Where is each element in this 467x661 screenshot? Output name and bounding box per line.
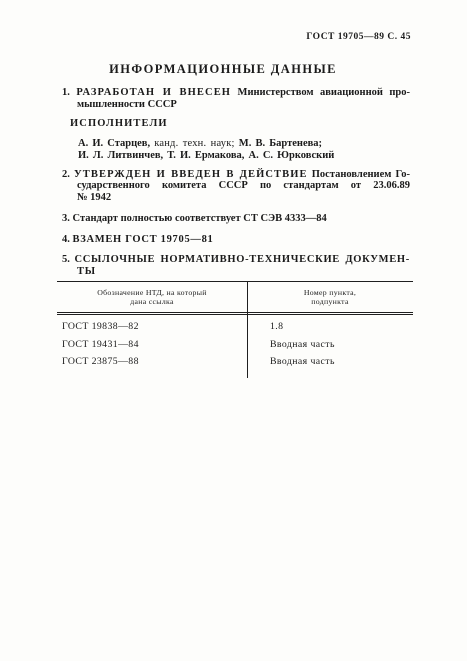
item-number: 1. [62, 87, 70, 98]
document-title: ИНФОРМАЦИОННЫЕ ДАННЫЕ [57, 62, 389, 77]
item-number: 2. [62, 169, 70, 180]
list-item-2-line-2: сударственного комитета СССР по стандарт… [62, 180, 410, 192]
list-item-1-line-1: 1. РАЗРАБОТАН И ВНЕСЕН Министерством ави… [62, 87, 410, 99]
item-text: ВЗАМЕН ГОСТ 19705—81 [73, 234, 214, 245]
list-item-1: 1. РАЗРАБОТАН И ВНЕСЕН Министерством ави… [62, 87, 410, 110]
executors-names: А. И. Старцев, канд. техн. наук; М. В. Б… [62, 138, 410, 162]
item-text: Министерством авиационной про- [238, 87, 411, 98]
list-item-1-line-2: мышленности СССР [62, 99, 410, 111]
table-header-row: Обозначение НТД, на который дана ссылка … [57, 282, 413, 312]
executor-name: М. В. Бартенева; [239, 138, 322, 149]
table-cell-standard: ГОСТ 19838—82 [57, 321, 247, 332]
numbered-list: 1. РАЗРАБОТАН И ВНЕСЕН Министерством ави… [62, 87, 410, 277]
item-text: ССЫЛОЧНЫЕ НОРМАТИВНО-ТЕХНИЧЕСКИЕ ДОКУМЕН… [74, 254, 410, 265]
item-lead-text: УТВЕРЖДЕН И ВВЕДЕН В ДЕЙСТВИЕ [74, 169, 308, 180]
item-number: 3. [62, 213, 70, 224]
item-text: Стандарт полностью соответствует СТ СЭВ … [73, 213, 327, 224]
table-cell-standard: ГОСТ 23875—88 [57, 356, 247, 367]
list-item-5: 5. ССЫЛОЧНЫЕ НОРМАТИВНО-ТЕХНИЧЕСКИЕ ДОКУ… [62, 254, 410, 277]
table-row: ГОСТ 19838—82 1.8 [57, 321, 413, 339]
executor-degree: канд. техн. наук; [154, 138, 234, 149]
list-item-5-line-1: 5. ССЫЛОЧНЫЕ НОРМАТИВНО-ТЕХНИЧЕСКИЕ ДОКУ… [62, 254, 410, 266]
list-item-3-line-1: 3. Стандарт полностью соответствует СТ С… [62, 213, 410, 225]
executors-heading: ИСПОЛНИТЕЛИ [62, 118, 410, 130]
item-number: 5. [62, 254, 70, 265]
table-header-cell-clause: Номер пункта, подпункта [247, 288, 413, 306]
table-row: ГОСТ 23875—88 Вводная часть [57, 356, 413, 374]
table-cell-clause: 1.8 [247, 321, 413, 332]
page-header-standard-number: ГОСТ 19705—89 С. 45 [306, 32, 411, 42]
references-table: Обозначение НТД, на который дана ссылка … [57, 281, 413, 378]
table-row: ГОСТ 19431—84 Вводная часть [57, 339, 413, 357]
header-line: подпункта [247, 297, 413, 306]
list-item-3: 3. Стандарт полностью соответствует СТ С… [62, 213, 410, 225]
header-line: дана ссылка [57, 297, 247, 306]
table-cell-clause: Вводная часть [247, 356, 413, 367]
list-item-2-line-3: № 1942 [62, 192, 410, 204]
executors-line-1: А. И. Старцев, канд. техн. наук; М. В. Б… [78, 138, 410, 150]
item-lead-text: РАЗРАБОТАН И ВНЕСЕН [76, 87, 231, 98]
list-item-2-line-1: 2. УТВЕРЖДЕН И ВВЕДЕН В ДЕЙСТВИЕ Постано… [62, 169, 410, 181]
column-divider-rule [247, 282, 248, 378]
list-item-4: 4. ВЗАМЕН ГОСТ 19705—81 [62, 234, 410, 246]
list-item-5-line-2: ТЫ [62, 266, 410, 278]
table-cell-standard: ГОСТ 19431—84 [57, 339, 247, 350]
table-cell-clause: Вводная часть [247, 339, 413, 350]
item-number: 4. [62, 234, 70, 245]
table-header-cell-ntd: Обозначение НТД, на который дана ссылка [57, 288, 247, 306]
item-text: Постановлением Го- [312, 169, 410, 180]
table-body: ГОСТ 19838—82 1.8 ГОСТ 19431—84 Вводная … [57, 315, 413, 374]
list-item-4-line-1: 4. ВЗАМЕН ГОСТ 19705—81 [62, 234, 410, 246]
list-item-2: 2. УТВЕРЖДЕН И ВВЕДЕН В ДЕЙСТВИЕ Постано… [62, 169, 410, 204]
header-line: Обозначение НТД, на который [57, 288, 247, 297]
executors-line-2: И. Л. Литвинчев, Т. И. Ермакова, А. С. Ю… [78, 150, 410, 162]
header-line: Номер пункта, [247, 288, 413, 297]
document-page: ГОСТ 19705—89 С. 45 ИНФОРМАЦИОННЫЕ ДАННЫ… [0, 0, 467, 661]
executor-name: А. И. Старцев, [78, 138, 150, 149]
